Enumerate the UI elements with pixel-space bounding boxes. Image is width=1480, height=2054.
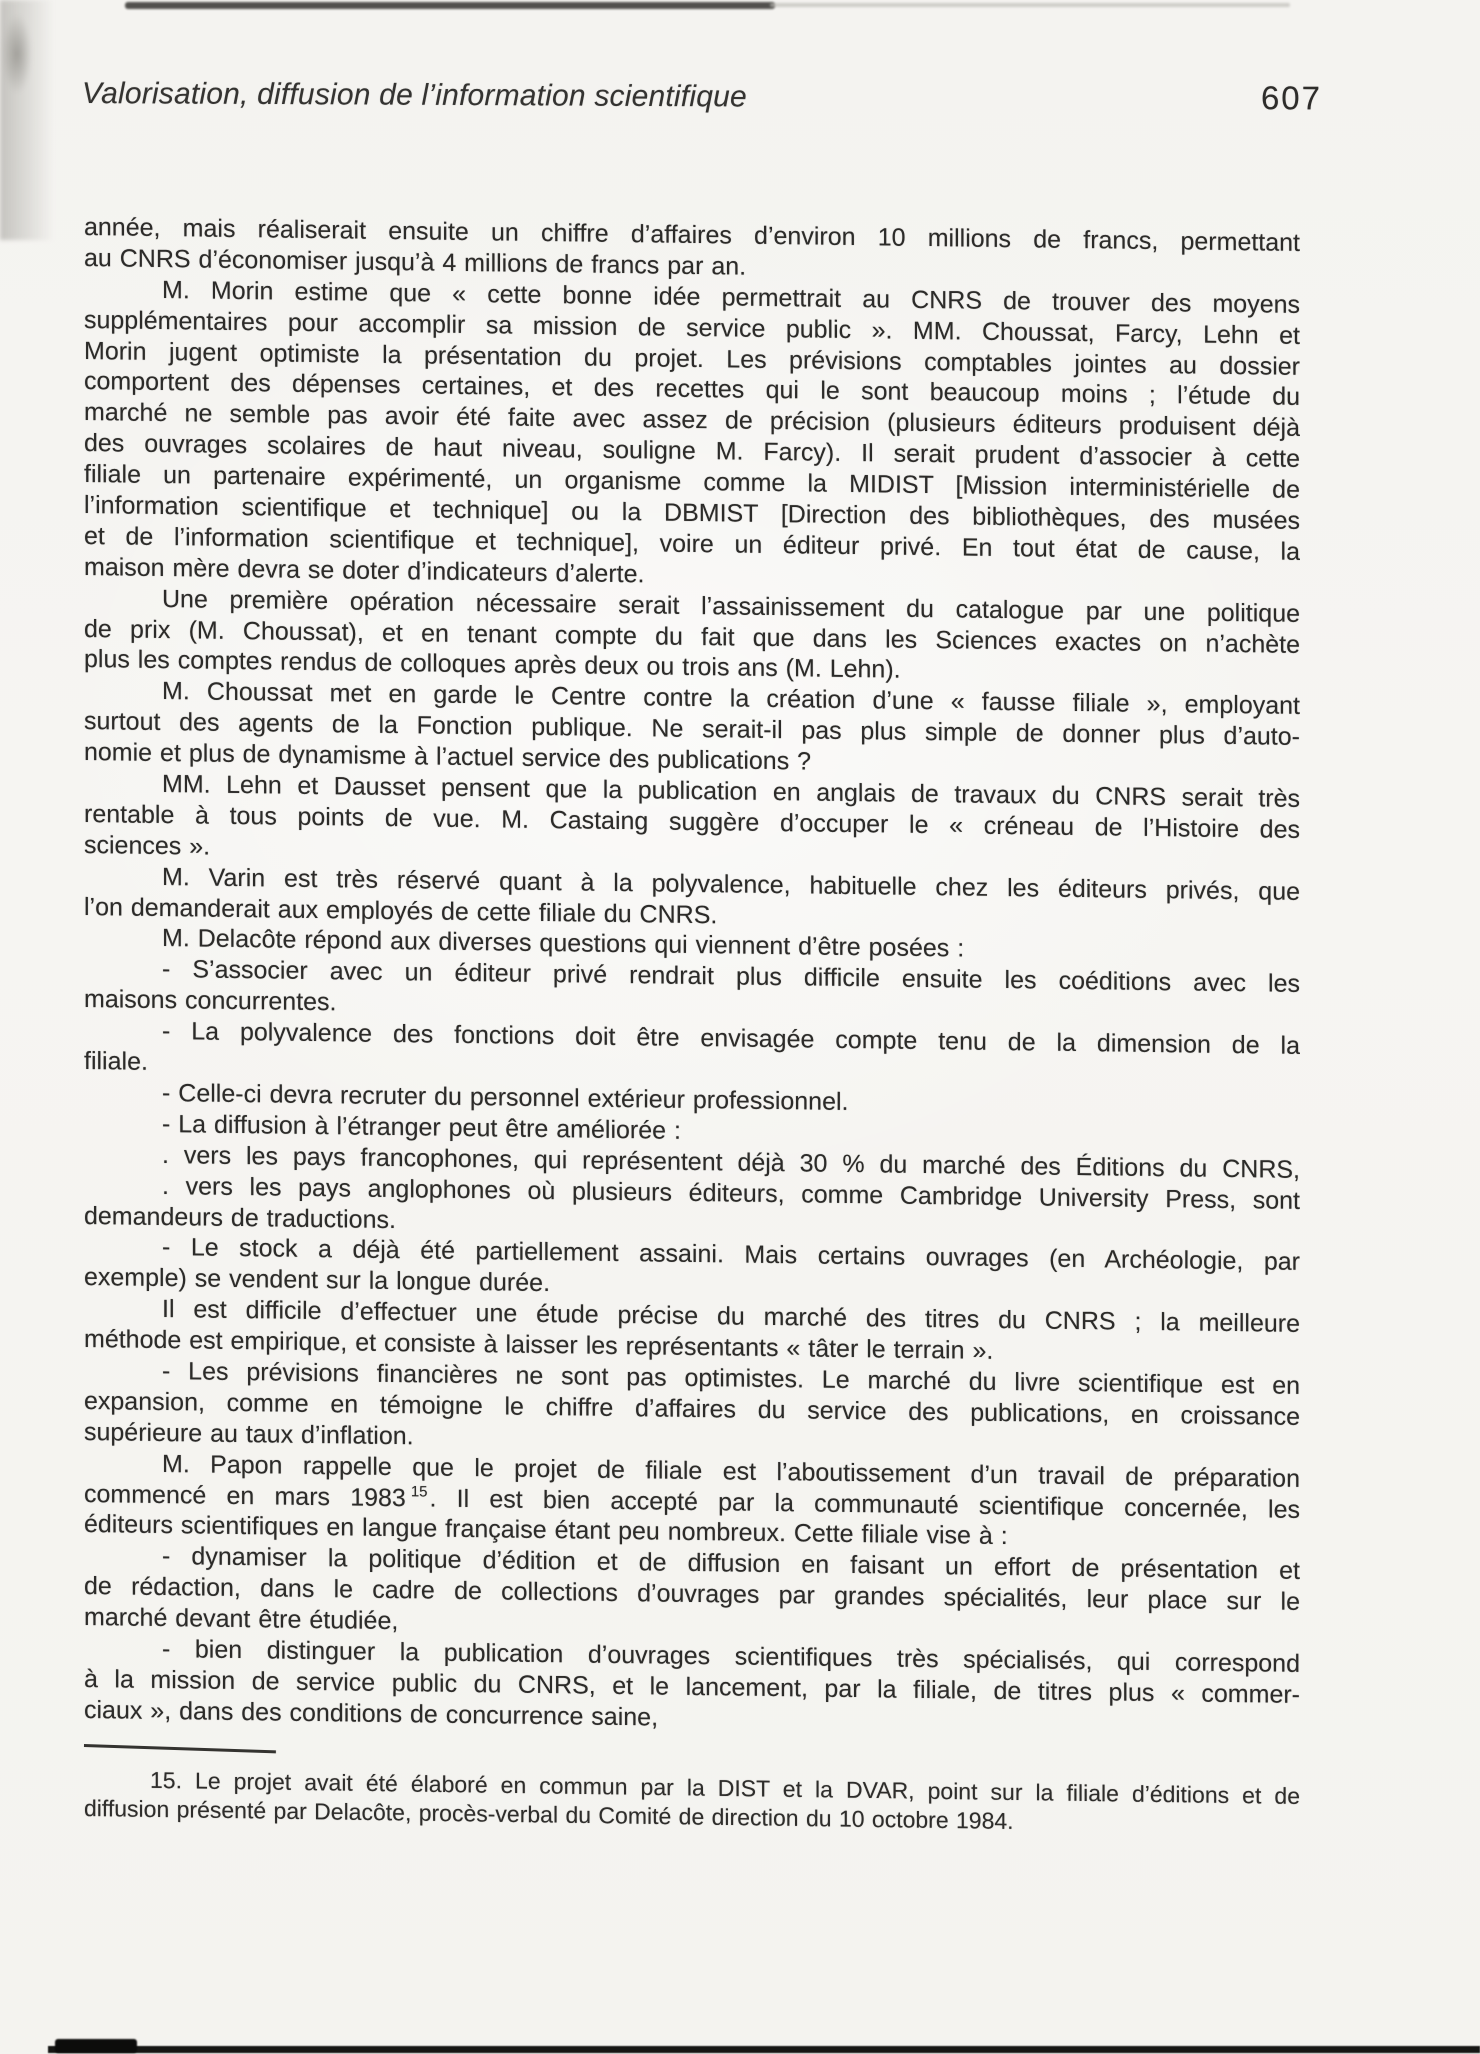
scan-artifact-top-bar <box>125 2 775 9</box>
scanned-document-page: Valorisation, diffusion de l’information… <box>0 0 1480 2054</box>
scan-artifact-top-bar-faint <box>770 3 1290 7</box>
scan-artifact-bottom-blob <box>55 2039 137 2053</box>
footnote-reference-15: 15 <box>411 1483 428 1500</box>
page-number: 607 <box>1261 78 1322 118</box>
footnote-divider <box>84 1744 276 1753</box>
footnote-section: 15. Le projet avait été élaboré en commu… <box>84 1744 1300 1839</box>
text-segment: commencé en mars 1983 <box>84 1480 406 1512</box>
scan-artifact-bottom-bar <box>48 2046 1480 2053</box>
running-title: Valorisation, diffusion de l’information… <box>82 74 747 117</box>
footnote: 15. Le projet avait été élaboré en commu… <box>84 1765 1300 1839</box>
body-text: année, mais réaliserait ensuite un chiff… <box>84 212 1300 1742</box>
page-header: Valorisation, diffusion de l’information… <box>82 74 1324 125</box>
scan-artifact-corner-blob <box>2 14 32 94</box>
